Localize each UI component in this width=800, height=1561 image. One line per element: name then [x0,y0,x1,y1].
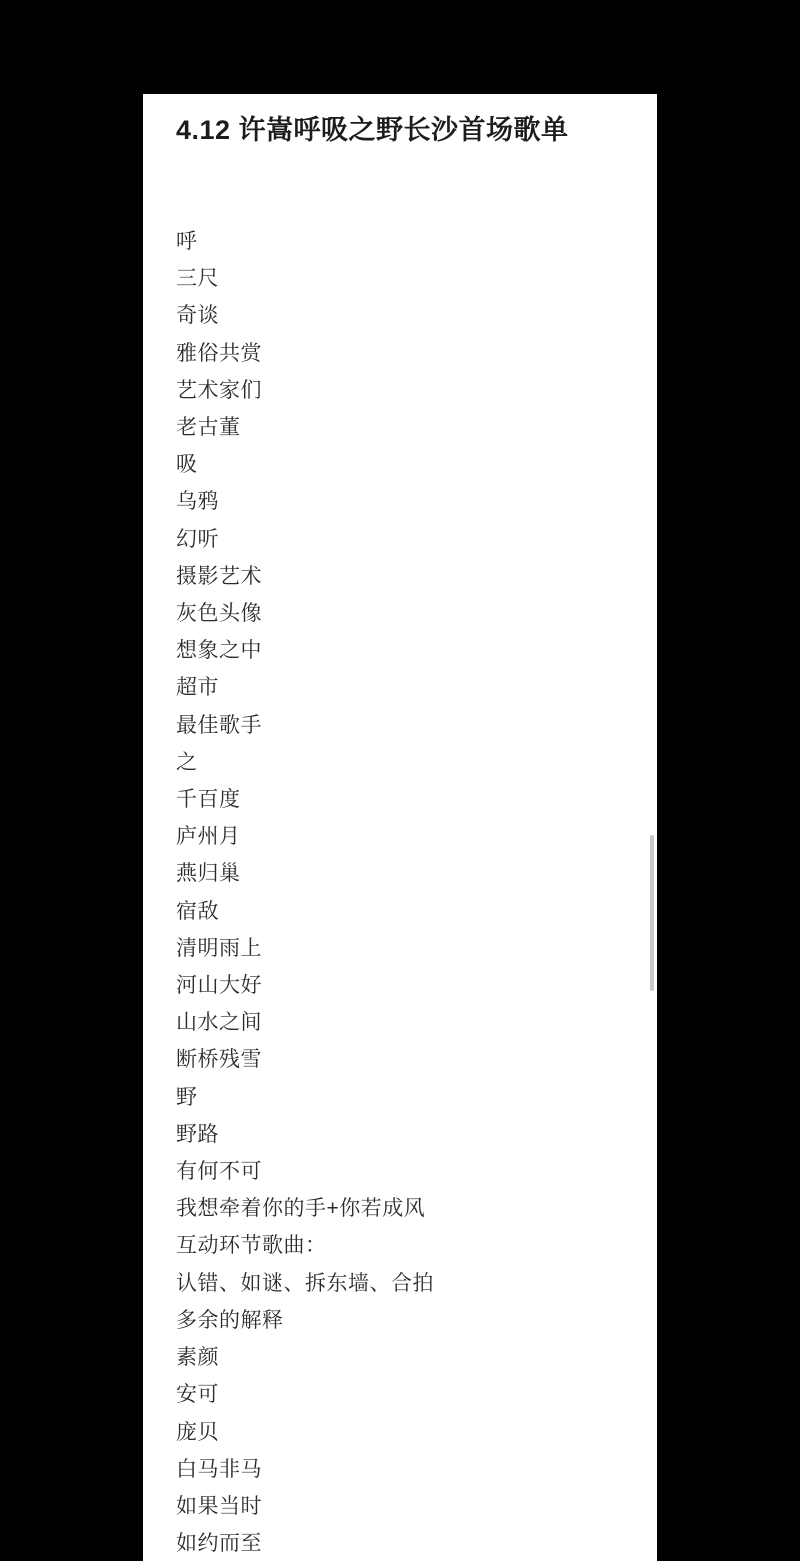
setlist-line: 安可 [176,1376,627,1413]
setlist-line: 野路 [176,1116,627,1153]
setlist-line: 三尺 [176,260,627,297]
setlist-line: 奇谈 [176,297,627,334]
setlist-line: 如果当时 [176,1488,627,1525]
setlist-line: 千百度 [176,781,627,818]
setlist-line: 如约而至 [176,1525,627,1561]
setlist-line: 乌鸦 [176,483,627,520]
setlist-line: 清明雨上 [176,930,627,967]
setlist: 呼 三尺 奇谈 雅俗共赏 艺术家们 老古董 吸 乌鸦 幻听 摄影艺术 灰色头像 … [176,223,627,1561]
screen: { "document": { "title": "4.12 许嵩呼吸之野长沙首… [0,0,800,1561]
setlist-line: 雅俗共赏 [176,335,627,372]
setlist-line: 幻听 [176,521,627,558]
scrollbar-thumb[interactable] [650,835,654,991]
setlist-line: 野 [176,1079,627,1116]
setlist-line: 宿敌 [176,893,627,930]
setlist-line: 庞贝 [176,1414,627,1451]
setlist-line: 白马非马 [176,1451,627,1488]
setlist-line: 呼 [176,223,627,260]
setlist-line: 认错、如谜、拆东墙、合拍 [176,1265,627,1302]
setlist-line: 我想牵着你的手+你若成风 [176,1190,627,1227]
setlist-line: 互动环节歌曲： [176,1227,627,1264]
document-page: 4.12 许嵩呼吸之野长沙首场歌单 呼 三尺 奇谈 雅俗共赏 艺术家们 老古董 … [143,94,657,1561]
setlist-line: 有何不可 [176,1153,627,1190]
setlist-line: 庐州月 [176,818,627,855]
setlist-line: 吸 [176,446,627,483]
setlist-line: 想象之中 [176,632,627,669]
setlist-line: 最佳歌手 [176,707,627,744]
setlist-line: 燕归巢 [176,855,627,892]
setlist-line: 山水之间 [176,1004,627,1041]
setlist-line: 断桥残雪 [176,1041,627,1078]
setlist-line: 艺术家们 [176,372,627,409]
setlist-line: 多余的解释 [176,1302,627,1339]
page-title: 4.12 许嵩呼吸之野长沙首场歌单 [143,94,657,150]
setlist-line: 素颜 [176,1339,627,1376]
setlist-line: 灰色头像 [176,595,627,632]
setlist-line: 超市 [176,669,627,706]
setlist-line: 河山大好 [176,967,627,1004]
setlist-line: 之 [176,744,627,781]
setlist-line: 老古董 [176,409,627,446]
setlist-line: 摄影艺术 [176,558,627,595]
